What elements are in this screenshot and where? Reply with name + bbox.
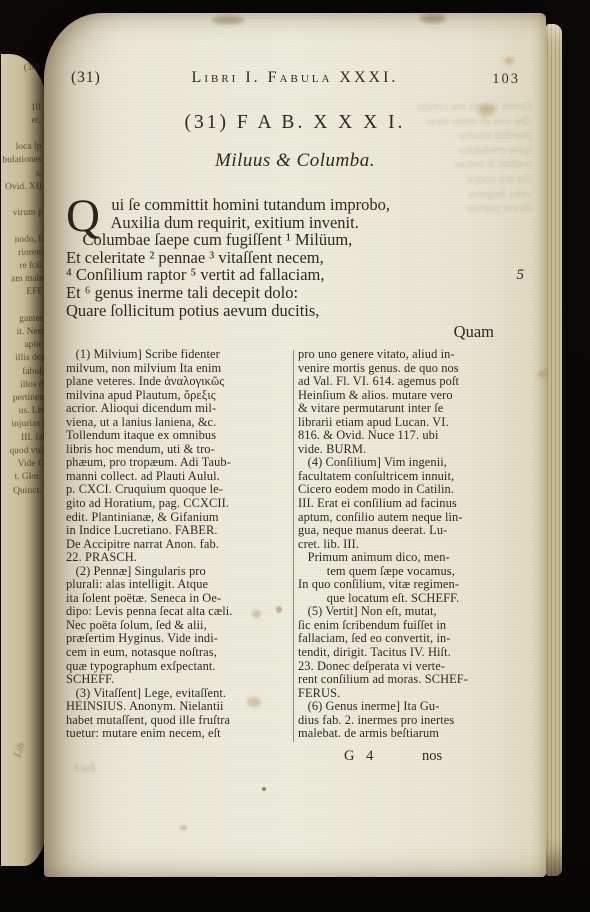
fable-title: (31) F A B. X X X I. xyxy=(44,112,546,134)
page-number: 103 xyxy=(492,71,520,88)
corner-fold-shadow xyxy=(546,13,568,29)
verse-lines: ui ſe committit homini tutandum improbo,… xyxy=(66,196,530,319)
verse-line-number: 5 xyxy=(517,267,525,285)
book-page: Quum regem me creatisQui vos ab omni tut… xyxy=(44,13,546,877)
notes-column-left: (1) Milvium] Scribe fidentermilvum, non … xyxy=(66,348,292,741)
verse-catchword: Quam xyxy=(454,323,494,341)
notes-column-right: pro uno genere vitato, aliud in-venire m… xyxy=(298,348,532,741)
book-scan: (30) 10et. loca ſpbulationess.Ovid. XII … xyxy=(0,0,590,912)
foxing-spot xyxy=(212,16,244,24)
foxing-spot xyxy=(538,370,547,378)
foxing-spot xyxy=(504,57,514,65)
column-divider-rule xyxy=(293,350,294,742)
foxing-spot xyxy=(262,787,266,791)
bleed-through-fragment: Incl. xyxy=(72,760,95,776)
drop-cap: Q xyxy=(66,197,100,235)
page-footer: G 4 nos xyxy=(44,748,546,766)
fable-subtitle: Miluus & Columba. xyxy=(44,150,546,172)
foxing-spot xyxy=(420,14,446,23)
foxing-spot xyxy=(180,825,187,830)
fore-edge-pages xyxy=(546,24,562,876)
verse-block: Q ui ſe committit homini tutandum improb… xyxy=(66,196,530,346)
running-title: Libri I. Fabula XXXI. xyxy=(44,69,546,87)
page-catchword: nos xyxy=(422,748,442,765)
signature-mark: G 4 xyxy=(344,748,377,765)
page-header: (31) Libri I. Fabula XXXI. 103 xyxy=(44,69,546,91)
